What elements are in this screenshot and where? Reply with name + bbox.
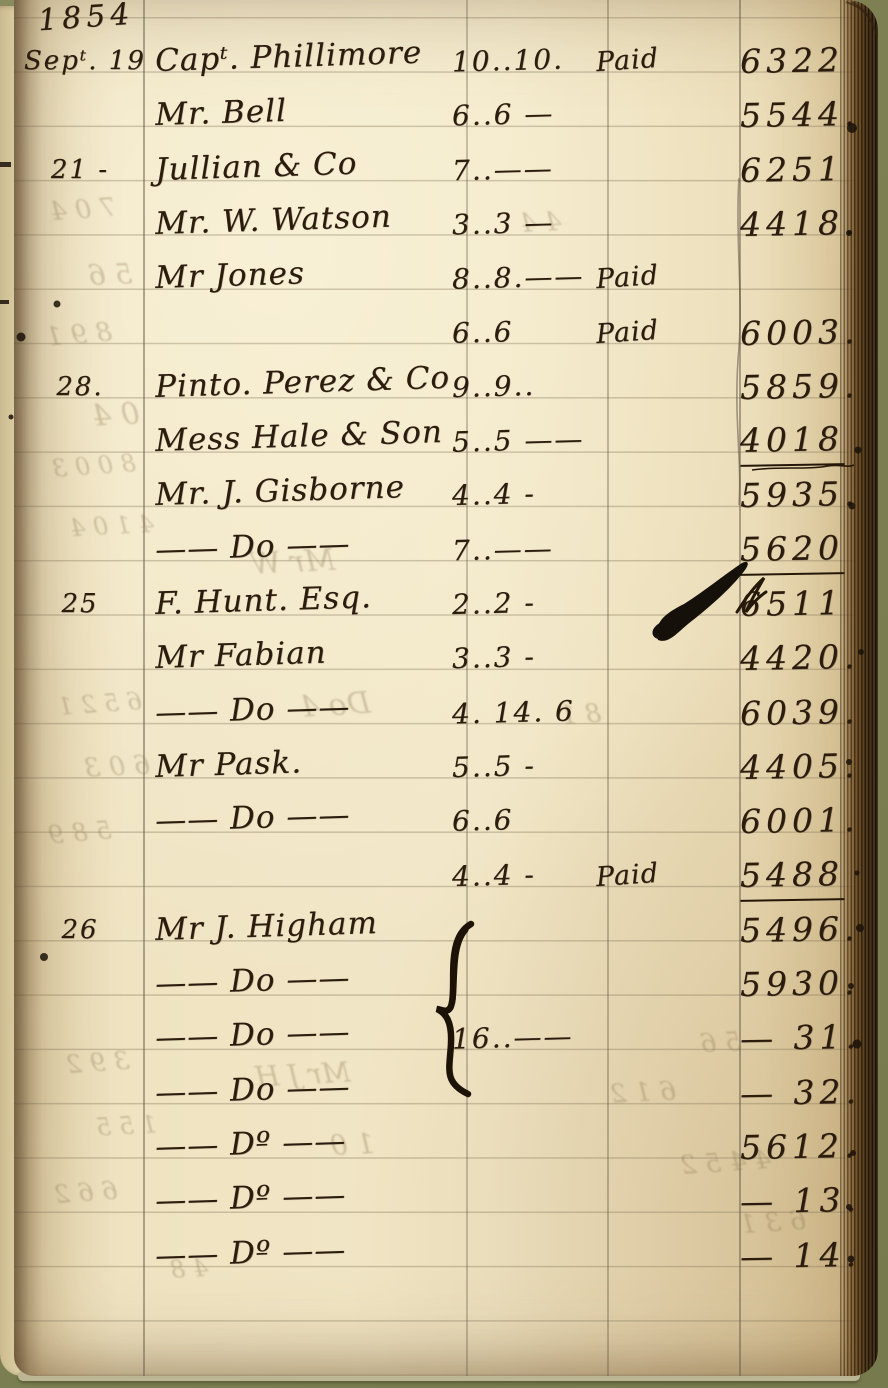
page-stack-binding-edge <box>840 0 878 1376</box>
column-rule-amount <box>607 0 609 1376</box>
column-rule-number <box>739 0 741 1376</box>
year-label: 1854 <box>37 0 136 38</box>
scanned-ledger: { "document": { "year": "1854", "kind": … <box>0 0 888 1388</box>
left-crease-shadow <box>14 0 42 1376</box>
ledger-page <box>14 0 878 1376</box>
column-rule-date <box>143 0 145 1376</box>
column-rule-name <box>466 0 468 1376</box>
